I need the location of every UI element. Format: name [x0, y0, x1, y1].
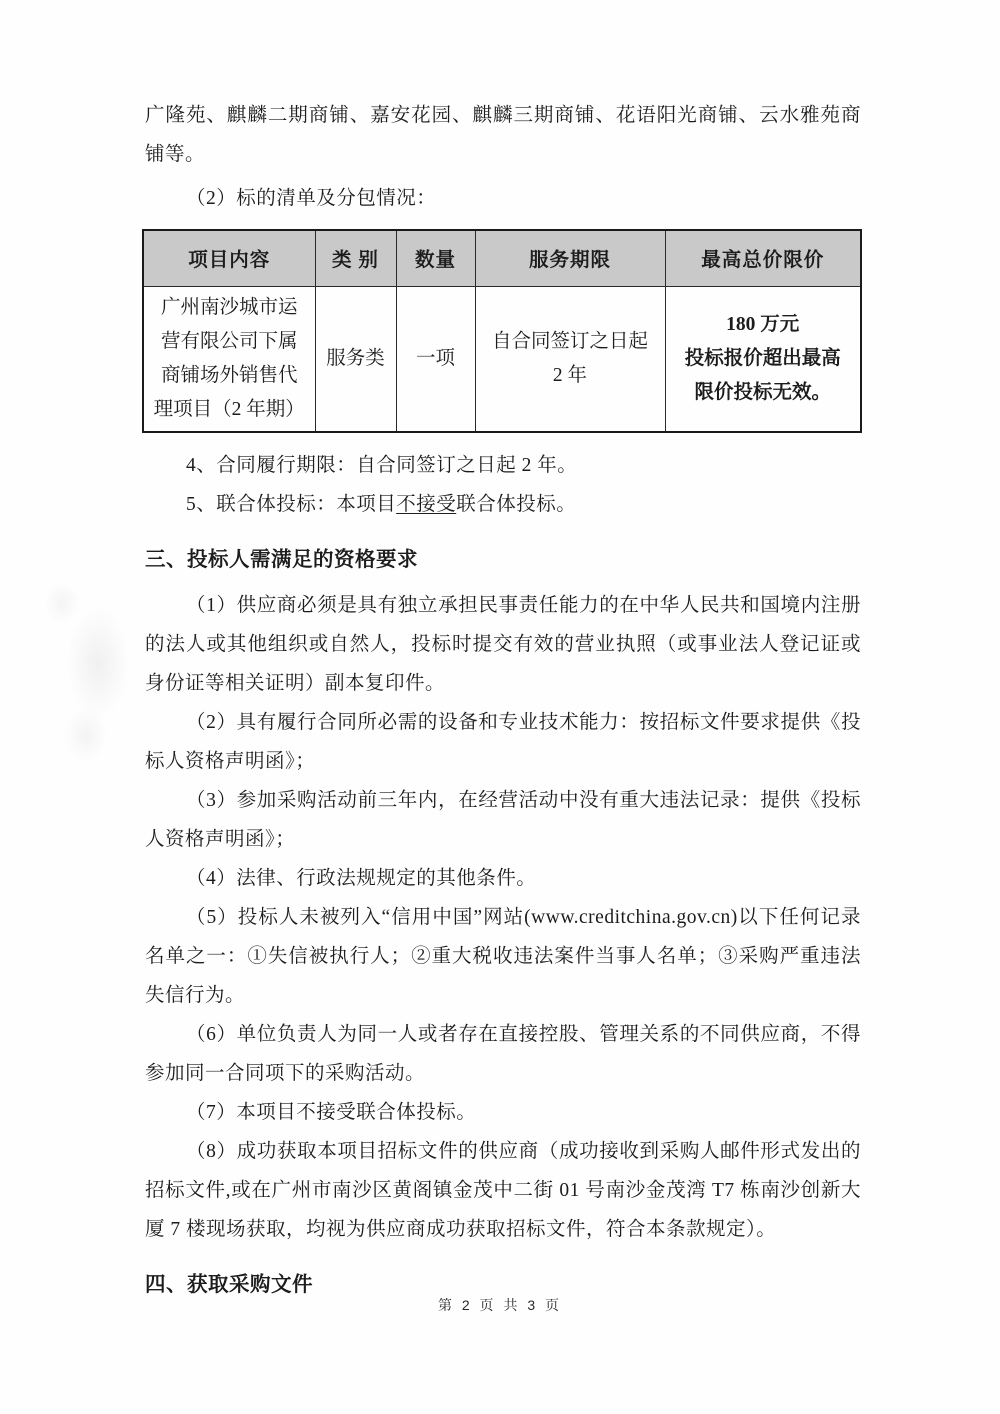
- list-item-contract-term: 4、合同履行期限：自合同签订之日起 2 年。: [145, 446, 861, 485]
- clause-7: （7）本项目不接受联合体投标。: [145, 1093, 861, 1132]
- table-header-row: 项目内容 类 别 数量 服务期限 最高总价限价: [143, 230, 861, 286]
- consortium-not-accepted: 不接受: [396, 494, 456, 515]
- column-header-service-period: 服务期限: [475, 230, 665, 286]
- column-header-quantity: 数量: [396, 230, 475, 286]
- cell-price-limit: 180 万元 投标报价超出最高 限价投标无效。: [665, 286, 861, 432]
- document-page: 广隆苑、麒麟二期商铺、嘉安花园、麒麟三期商铺、花语阳光商铺、云水雅苑商铺等。 （…: [0, 0, 1000, 1414]
- cell-category: 服务类: [315, 286, 396, 432]
- bid-items-table: 项目内容 类 别 数量 服务期限 最高总价限价 广州南沙城市运 营有限公司下属 …: [142, 229, 862, 433]
- clause-3: （3）参加采购活动前三年内，在经营活动中没有重大违法记录：提供《投标人资格声明函…: [145, 781, 861, 859]
- cell-project-name: 广州南沙城市运 营有限公司下属 商铺场外销售代 理项目（2 年期）: [143, 286, 315, 432]
- clause-4: （4）法律、行政法规规定的其他条件。: [145, 859, 861, 898]
- column-header-category: 类 别: [315, 230, 396, 286]
- list-item-consortium: 5、联合体投标：本项目不接受联合体投标。: [145, 485, 861, 524]
- document-content: 广隆苑、麒麟二期商铺、嘉安花园、麒麟三期商铺、花语阳光商铺、云水雅苑商铺等。 （…: [145, 96, 861, 1311]
- column-header-project: 项目内容: [143, 230, 315, 286]
- scan-artifact: [20, 555, 140, 795]
- section-heading-qualifications: 三、投标人需满足的资格要求: [145, 541, 861, 580]
- page-number: 第 2 页 共 3 页: [0, 1295, 1000, 1315]
- cell-quantity: 一项: [396, 286, 475, 432]
- clause-8: （8）成功获取本项目招标文件的供应商（成功接收到采购人邮件形式发出的招标文件,或…: [145, 1132, 861, 1249]
- consortium-suffix: 联合体投标。: [456, 494, 576, 515]
- table-row: 广州南沙城市运 营有限公司下属 商铺场外销售代 理项目（2 年期） 服务类 一项…: [143, 286, 861, 432]
- cell-service-period: 自合同签订之日起 2 年: [475, 286, 665, 432]
- clause-2: （2）具有履行合同所必需的设备和专业技术能力：按招标文件要求提供《投标人资格声明…: [145, 703, 861, 781]
- paragraph-shop-list: 广隆苑、麒麟二期商铺、嘉安花园、麒麟三期商铺、花语阳光商铺、云水雅苑商铺等。: [145, 96, 861, 174]
- consortium-prefix: 5、联合体投标：本项目: [186, 494, 396, 515]
- list-item-bid-inventory: （2）标的清单及分包情况：: [145, 179, 861, 218]
- clause-5: （5）投标人未被列入“信用中国”网站(www.creditchina.gov.c…: [145, 898, 861, 1015]
- column-header-price-limit: 最高总价限价: [665, 230, 861, 286]
- clause-1: （1）供应商必须是具有独立承担民事责任能力的在中华人民共和国境内注册的法人或其他…: [145, 586, 861, 703]
- clause-6: （6）单位负责人为同一人或者存在直接控股、管理关系的不同供应商，不得参加同一合同…: [145, 1015, 861, 1093]
